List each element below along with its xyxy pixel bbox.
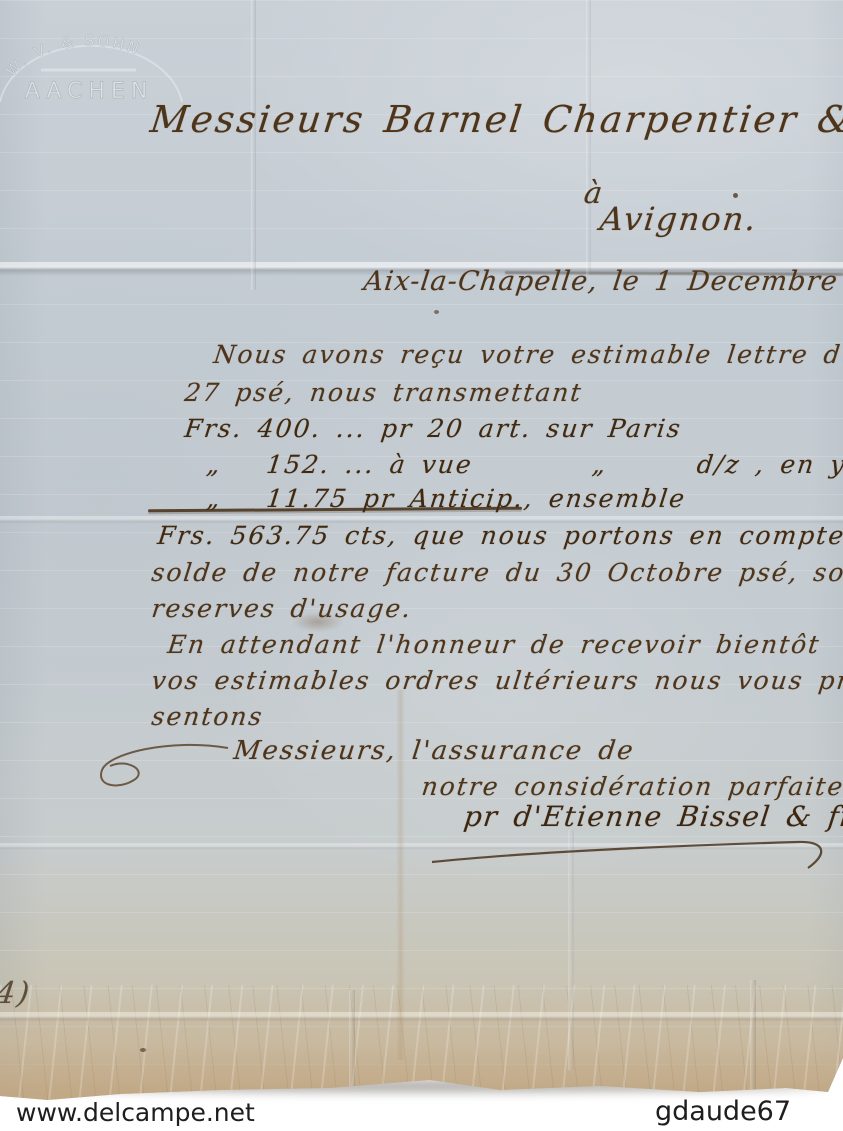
stamp-arc-text: W. V. & SOHN [2, 32, 144, 80]
laid-paper-lines [0, 0, 843, 1110]
body-line: sentons [150, 702, 265, 731]
body-line: solde de notre facture du 30 Octobre psé… [150, 558, 843, 587]
closing-line: Messieurs, l'assurance de [232, 736, 636, 766]
body-line: reserves d'usage. [150, 594, 414, 623]
svg-text:W. V. & SOHN: W. V. & SOHN [2, 32, 144, 80]
fold-crease-horizontal [0, 1012, 843, 1022]
closing-line: notre considération parfaite [420, 772, 843, 801]
delcampe-watermark: www.delcampe.net [16, 1098, 255, 1127]
stamp-city-text: AACHEN [25, 79, 154, 104]
paper-sheet: W. V. & SOHN AACHEN Messieurs Barnel Cha… [0, 0, 843, 1110]
letter-photo: W. V. & SOHN AACHEN Messieurs Barnel Cha… [0, 0, 843, 1131]
body-line-total: Frs. 563.75 cts, que nous portons en com… [156, 521, 843, 550]
recipient-city: Avignon. [598, 200, 760, 238]
body-line-amount: „ 152. ... à vue „ d/z , en y ajoutant [205, 450, 843, 479]
ink-dot [434, 310, 439, 314]
body-line: vos estimables ordres ultérieurs nous vo… [150, 666, 843, 695]
closing-flourish [88, 736, 238, 806]
fold-crease-vertical [750, 980, 756, 1095]
body-line-amount: Frs. 400. ... pr 20 art. sur Paris [183, 414, 684, 443]
seller-watermark: gdaude67 [655, 1096, 791, 1127]
ink-speck [140, 1048, 146, 1052]
body-line: En attendant l'honneur de recevoir bient… [166, 630, 822, 659]
fold-crease-vertical [251, 0, 256, 290]
fold-crease-vertical [349, 990, 355, 1100]
recipient-line: Messieurs Barnel Charpentier & Cie [148, 98, 843, 141]
body-line: 27 psé, nous transmettant [183, 378, 584, 407]
body-line: Nous avons reçu votre estimable lettre d… [212, 340, 843, 369]
signature-flourish [428, 828, 838, 873]
ink-dot [733, 193, 738, 198]
dateline: Aix-la-Chapelle, le 1 Decembre 1862. [362, 266, 843, 297]
margin-mark: 4) [0, 976, 33, 1011]
